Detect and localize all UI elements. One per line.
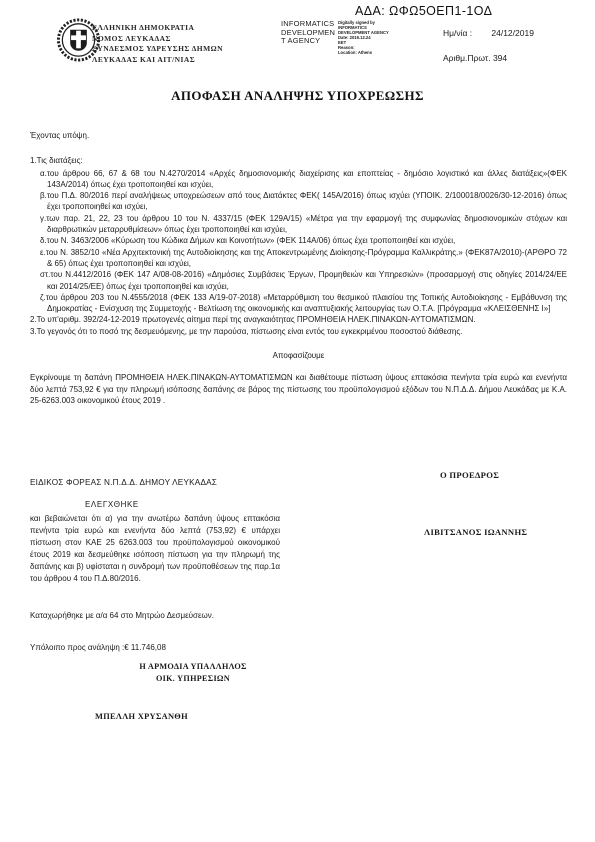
- protocol-number: Αριθμ.Πρωτ. 394: [443, 53, 507, 63]
- officer-title: Η ΑΡΜΟΔΙΑ ΥΠΑΛΛΗΛΟΣ ΟΙΚ. ΥΠΗΡΕΣΙΩΝ: [118, 661, 268, 685]
- provisions-list: α.του άρθρου 66, 67 & 68 του Ν.4270/2014…: [30, 168, 567, 315]
- officer-title-line: Η ΑΡΜΟΔΙΑ ΥΠΑΛΛΗΛΟΣ: [118, 661, 268, 673]
- checked-paragraph: και βεβαιώνεται ότι α) για την ανωτέρω δ…: [30, 513, 280, 585]
- officer-name: ΜΠΕΛΛΗ ΧΡΥΣΑΝΘΗ: [95, 712, 188, 721]
- checked-heading: ΕΛΕΓΧΘΗΚΕ: [85, 499, 280, 511]
- provisions-heading: 1.Τις διατάξεις:: [30, 155, 567, 166]
- stamp-sig-line: Location: Athens: [338, 50, 400, 55]
- stamp-signature-details: Digitally signed by INFORMATICS DEVELOPM…: [338, 20, 400, 55]
- provision-item: γ.των παρ. 21, 22, 23 του άρθρου 10 του …: [30, 213, 567, 236]
- org-line: ΣΥΝΔΕΣΜΟΣ ΥΔΡΕΥΣΗΣ ΔΗΜΩΝ: [92, 44, 223, 55]
- special-entity-line: ΕΙΔΙΚΟΣ ΦΟΡΕΑΣ Ν.Π.Δ.Δ. ΔΗΜΟΥ ΛΕΥΚΑΔΑΣ: [30, 478, 217, 487]
- president-name: ΛΙΒΙΤΣΑΝΟΣ ΙΩΑΝΝΗΣ: [424, 527, 527, 537]
- document-body: Έχοντας υπόψη. 1.Τις διατάξεις: α.του άρ…: [30, 130, 567, 406]
- checked-block: ΕΛΕΓΧΘΗΚΕ και βεβαιώνεται ότι α) για την…: [30, 499, 280, 585]
- president-title: Ο ΠΡΟΕΔΡΟΣ: [440, 470, 499, 480]
- date-label: Ημ/νία :: [443, 28, 489, 38]
- provision-item: στ.του Ν.4412/2016 (ΦΕΚ 147 Α/08-08-2016…: [30, 269, 567, 292]
- digital-signature-stamp: INFORMATICS DEVELOPMEN T AGENCY Digitall…: [281, 20, 400, 55]
- organization-header: ΕΛΛΗΝΙΚΗ ΔΗΜΟΚΡΑΤΙΑ ΝΟΜΟΣ ΛΕΥΚΑΔΑΣ ΣΥΝΔΕ…: [92, 23, 223, 65]
- document-title: ΑΠΟΦΑΣΗ ΑΝΑΛΗΨΗΣ ΥΠΟΧΡΕΩΣΗΣ: [0, 88, 595, 104]
- provision-item: β.του Π.Δ. 80/2016 περί αναλήψεως υποχρε…: [30, 190, 567, 213]
- provision-item: ζ.του άρθρου 203 του Ν.4555/2018 (ΦΕΚ 13…: [30, 292, 567, 315]
- org-line: ΕΛΛΗΝΙΚΗ ΔΗΜΟΚΡΑΤΙΑ: [92, 23, 223, 34]
- registered-line: Καταχωρήθηκε με α/α 64 στο Μητρώο Δεσμεύ…: [30, 611, 214, 620]
- consideration-item-3: 3.Το γεγονός ότι το ποσό της δεσμευόμενη…: [30, 326, 567, 337]
- stamp-agency-line: T AGENCY: [281, 37, 333, 46]
- date-row: Ημ/νία : 24/12/2019: [443, 28, 534, 38]
- document-page: ΑΔΑ: ΩΦΩ5ΟΕΠ1-1ΟΔ ΕΛΛΗΝΙΚΗ ΔΗΜΟΚΡΑΤΙΑ ΝΟ…: [0, 0, 595, 842]
- ada-code: ΑΔΑ: ΩΦΩ5ΟΕΠ1-1ΟΔ: [355, 4, 492, 18]
- balance-line: Υπόλοιπο προς ανάληψη :€ 11.746,08: [30, 643, 166, 652]
- decision-paragraph: Εγκρίνουμε τη δαπάνη ΠΡΟΜΗΘΕΙΑ ΗΛΕΚ.ΠΙΝΑ…: [30, 372, 567, 406]
- org-line: ΝΟΜΟΣ ΛΕΥΚΑΔΑΣ: [92, 34, 223, 45]
- having-regard-line: Έχοντας υπόψη.: [30, 130, 567, 141]
- stamp-agency-name: INFORMATICS DEVELOPMEN T AGENCY: [281, 20, 333, 55]
- officer-title-line: ΟΙΚ. ΥΠΗΡΕΣΙΩΝ: [118, 673, 268, 685]
- decide-heading: Αποφασίζουμε: [30, 350, 567, 361]
- date-value: 24/12/2019: [491, 28, 534, 38]
- provision-item: α.του άρθρου 66, 67 & 68 του Ν.4270/2014…: [30, 168, 567, 191]
- provision-item: ε.του Ν. 3852/10 «Νέα Αρχιτεκτονική της …: [30, 247, 567, 270]
- provision-item: δ.του Ν. 3463/2006 «Κύρωση του Κώδικα Δή…: [30, 235, 567, 246]
- org-line: ΛΕΥΚΑΔΑΣ ΚΑΙ ΑΙΤ/ΝΙΑΣ: [92, 55, 223, 66]
- consideration-item-2: 2.Το υπ'αριθμ. 392/24-12-2019 πρωτογενές…: [30, 314, 567, 325]
